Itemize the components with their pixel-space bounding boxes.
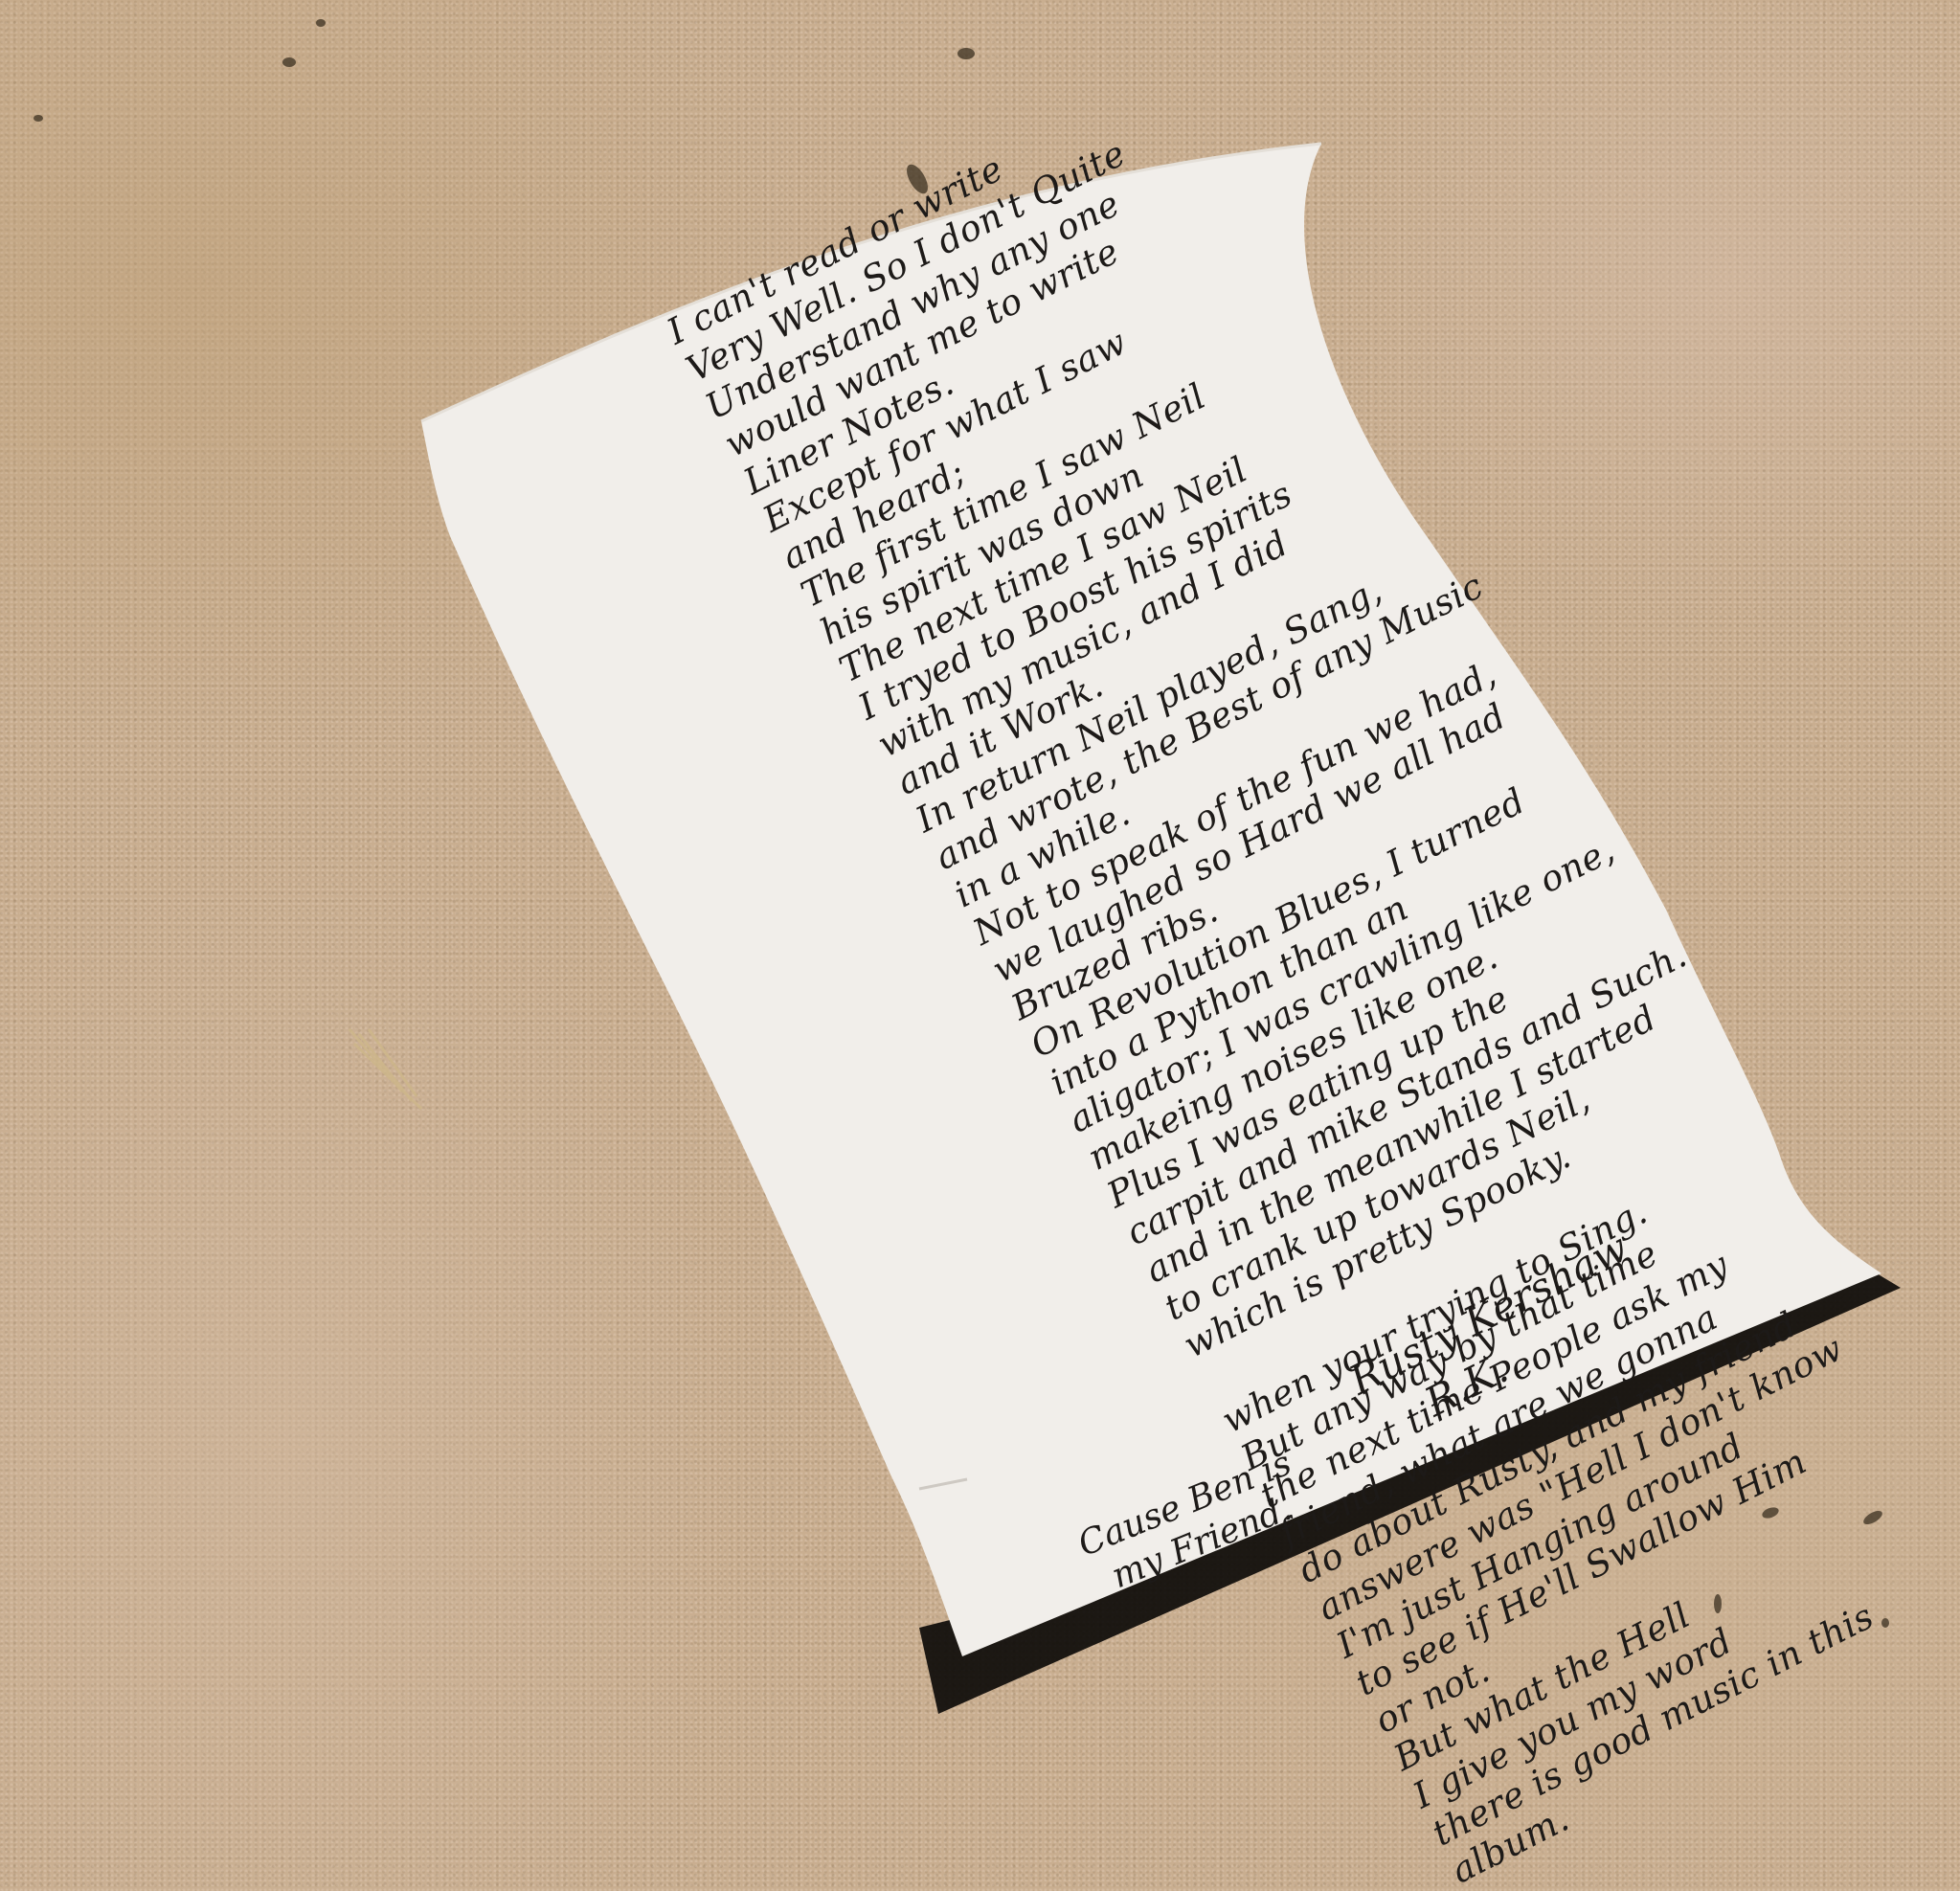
sand-background: I can't read or write Very Well. So I do… [0,0,1960,1891]
